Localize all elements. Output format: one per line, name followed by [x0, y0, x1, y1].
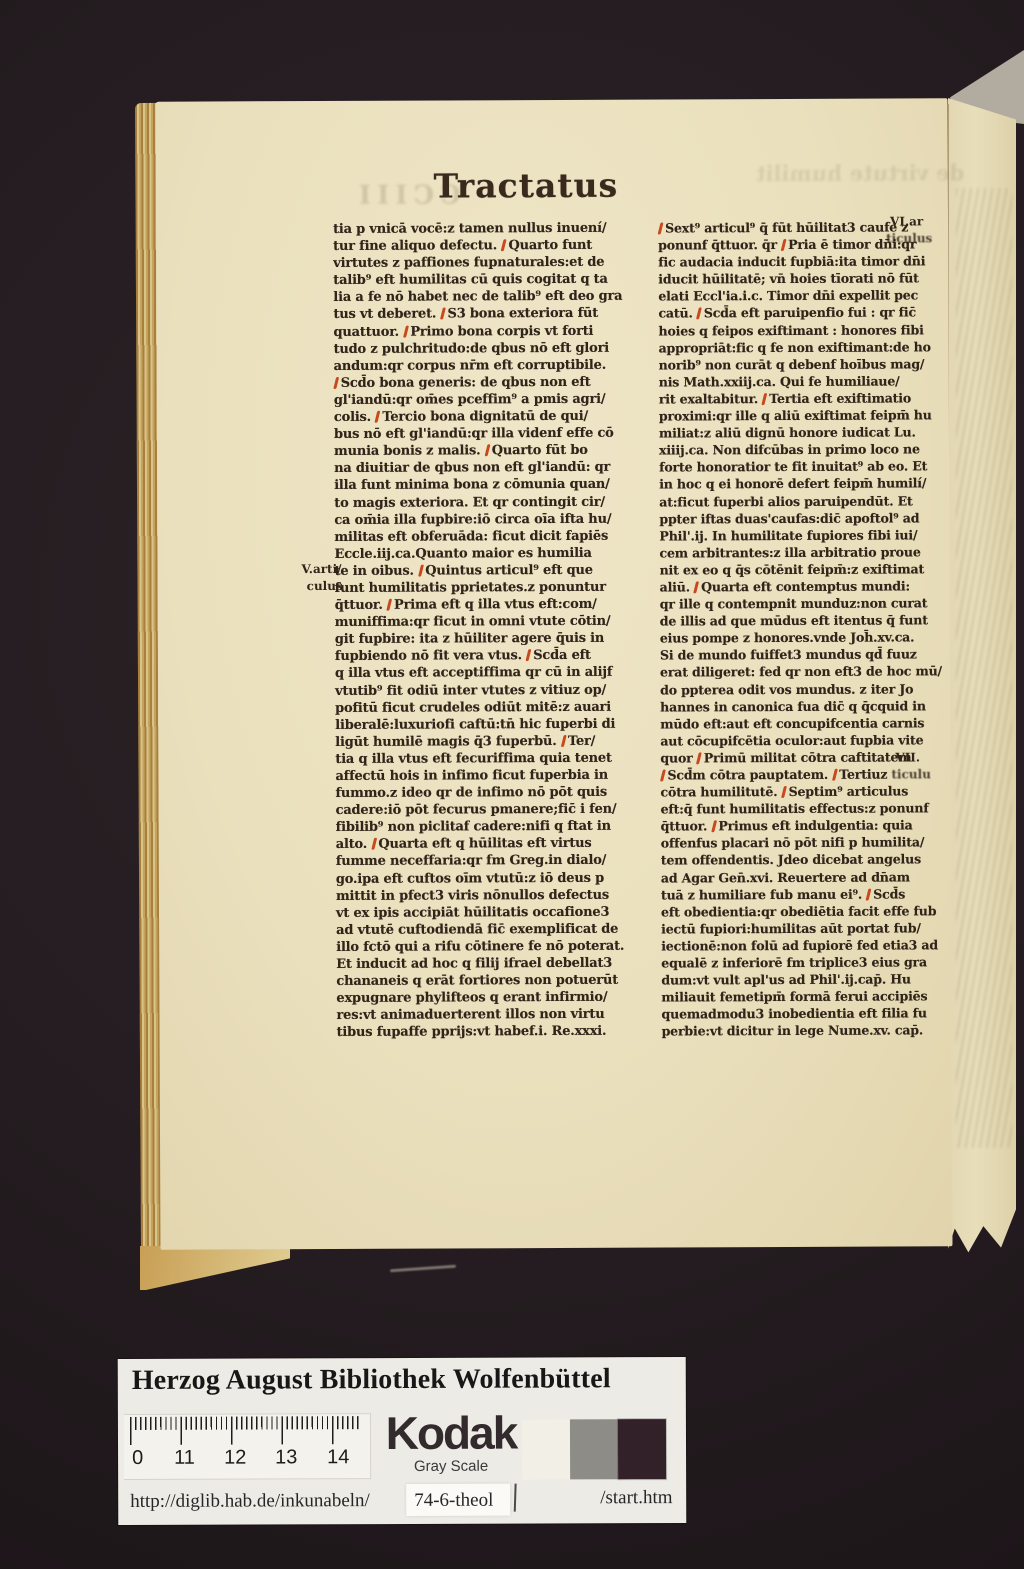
text-line: q̄ttuor. Primus eft indulgentia: quia	[661, 817, 953, 835]
text-line: offenfus placari nō pōt nifi p humilita/	[661, 834, 953, 852]
text-line: quattuor. Primo bona corpis vt forti	[333, 322, 659, 341]
rubrication-mark	[781, 786, 787, 798]
text-line: perbie:vt dicitur in lege Nume.xv. cap̄.	[662, 1022, 954, 1040]
gray-scale-patch-black	[618, 1419, 666, 1479]
text-line: mūdo eft:aut eft concupifcentia carnis	[660, 714, 952, 732]
text-line: erat diligeret: fed qr non eft3 de hoc m…	[660, 663, 952, 681]
text-line: go.ipa eft cuftos oīm vtutū:z iō deus p	[336, 869, 662, 888]
text-line: fumme neceffaria:qr fm Greg.in dialo/	[336, 852, 662, 871]
text-line: tia q illa vtus eft fecuriffima quia ten…	[335, 749, 661, 768]
rubrication-mark	[484, 444, 490, 456]
text-line: ad vtutē cuftodiendā fic̄ exemplificat d…	[336, 920, 662, 939]
library-name: Herzog August Bibliothek Wolfenbüttel	[132, 1363, 677, 1397]
text-line: cem arbitrantes:z illa arbitratio proue	[659, 543, 951, 561]
library-reference-card: Herzog August Bibliothek Wolfenbüttel 01…	[118, 1357, 687, 1525]
text-line: nit ex eo q q̄s cōtēnit feipm̄:z exiftim…	[660, 560, 952, 578]
text-line: colis. Tercio bona dignitatū de qui/	[334, 408, 660, 427]
text-line: quemadmodu3 inobedientia eft filia fu	[661, 1005, 953, 1023]
text-line: do ppterea odit vos mundus. z iter Jo	[660, 680, 952, 698]
text-line: in hoc q ei honorē defert feipm̄ humilí/	[659, 475, 951, 493]
text-line: fic audacia inducit fupbiā:ita timor dn̄…	[658, 252, 950, 270]
text-line: affectū hois in infimo ficut fuperbia in	[335, 767, 661, 786]
digitization-url: http://diglib.hab.de/inkunabeln/	[130, 1490, 370, 1513]
book-page: CCIII de virtute humilit Tractatus tia p…	[155, 98, 952, 1249]
text-line: rit exaltabitur. Tertia eft exiftimatio	[659, 389, 951, 407]
ruler-number: 14	[327, 1446, 349, 1469]
text-line: forte honoratior te fit inuitat⁹ ab eo. …	[659, 458, 951, 476]
text-line: q illa vtus eft acceptiffima qr cū in al…	[335, 664, 661, 683]
text-line: ligūt humilē magis q̄3 fuperbū. Ter/	[335, 732, 661, 751]
book-block-edge-bottom	[140, 1246, 290, 1290]
rubrication-mark	[560, 735, 566, 747]
text-line: dum:vt vult apl'us ad Phil'.ij.cap̄. Hu	[661, 970, 953, 988]
text-line: Si de mundo fuiffet3 mundus qd̄ fuuz	[660, 646, 952, 664]
text-line: q̄ttuor. Prima eft q illa vtus eft:com/	[335, 596, 661, 615]
text-line: Scd̄o bona generis: de qbus non eft	[334, 373, 660, 392]
text-line: tibus fupaffe pprijs:vt habef.i. Re.xxxi…	[337, 1023, 663, 1042]
text-line: appropriāt:fic q fe non exiftimant:de ho	[659, 338, 951, 356]
photograph-of-incunable: CCIII de virtute humilit Tractatus tia p…	[0, 0, 1024, 1569]
text-line: catū. Scd̄a eft paruipenfio fui : qr fic…	[658, 304, 950, 322]
text-line: hannes in canonica fua dic̄ q q̄cquid in	[660, 697, 952, 715]
text-line: tur fine aliquo defectu. Quarto funt	[333, 237, 659, 256]
text-line: Et inducit ad hoc q filij ifrael debella…	[336, 955, 662, 974]
text-line: munia bonis z malis. Quarto fūt bo	[334, 442, 660, 461]
text-line: qr ille q contempnit munduz:non curat	[660, 594, 952, 612]
ruler-cm-ticks	[130, 1416, 362, 1445]
text-line: git fupbire: ita z hūiliter agere q̄uis …	[335, 630, 661, 649]
margin-note-articulus-v: V.arti/	[302, 562, 342, 576]
text-column-left: tia p vnicā vocē:z tamen nullus inuení/t…	[333, 220, 663, 1042]
text-line: talib⁹ eft humilitas cū quis cogitat q t…	[333, 271, 659, 290]
text-line: tem offendentis. Jdeo dicebat angelus	[661, 851, 953, 869]
text-column-right: Sext⁹ articul⁹ q̄ fūt hūilitat3 caufe zp…	[658, 218, 954, 1040]
text-line: alto. Quarta eft q hūilitas eft virtus	[336, 835, 662, 854]
text-line: cadere:iō pōt fecurus pmanere;fic̄ i fen…	[336, 801, 662, 820]
text-line: at:ficut fuperbi alios paruipendūt. Et	[659, 492, 951, 510]
rubrication-mark	[333, 377, 339, 389]
text-line: liberalē:luxuriofi caftū:tn̄ hic fuperbi…	[335, 715, 661, 734]
text-line: Phil'.ij. In humilitate fupiores fibi iu…	[659, 526, 951, 544]
text-line: miliat:z aliū dignū honore iudicat Lu.	[659, 423, 951, 441]
shelfmark: 74-6-theol	[414, 1490, 493, 1512]
text-line: nis Math.xxiij.ca. Qui fe humiliaue/	[659, 372, 951, 390]
rubrication-mark	[660, 770, 666, 782]
rubrication-mark	[387, 599, 393, 611]
text-line: tudo z pulchritudo:de qbus nō eft glori	[334, 339, 660, 358]
text-line: iectionē:non folū ad fupiorē fed etia3 a…	[661, 936, 953, 954]
start-page-path: /start.htm	[600, 1487, 672, 1509]
rubrication-mark	[501, 239, 507, 251]
text-line: tia p vnicā vocē:z tamen nullus inuení/	[333, 220, 659, 239]
text-line: aut cōcupifcētia oculor:aut fupbia vite	[660, 731, 952, 749]
showthrough-text-blur	[956, 188, 1012, 1148]
text-line: aliū. Quarta eft contemptus mundi:	[660, 577, 952, 595]
text-line: fibilib⁹ non piclitaf cadere:nifi q ftat…	[336, 818, 662, 837]
text-line: cōtra humilitutē. Septim⁹ articulus	[660, 782, 952, 800]
text-line: proximi:qr ille q aliū exiftimat feipm̄ …	[659, 406, 951, 424]
text-line: iducit hūilitatē; vn̄ hoies tīorati nō f…	[658, 270, 950, 288]
ruler-number: 0	[132, 1447, 143, 1470]
fore-edge-pages-right	[948, 98, 1016, 1293]
text-line: militas eft obferuāda: ficut dicit fapiē…	[334, 527, 660, 546]
gray-scale-patch-white	[522, 1419, 570, 1479]
text-line: bus nō eft gl'iandū:qr illa videnf effe …	[334, 425, 660, 444]
text-line: norib⁹ non curāt q debenf hoībus mag/	[659, 355, 951, 373]
text-line: vtutib⁹ fit odiū inter vtutes z vitiuz o…	[335, 681, 661, 700]
text-line: xiiij.ca. Non difcūbas in primo loco ne	[659, 440, 951, 458]
text-line: res:vt animaduerterent illos non virtu	[336, 1006, 662, 1025]
text-line: na diuitiar de qbus non eft gl'iandū: qr	[334, 459, 660, 478]
text-line: illo fctō qui a rifu cōtinere fe nō pote…	[336, 937, 662, 956]
text-line: fummo.z ideo qr de infimo nō pōt quis	[335, 784, 661, 803]
margin-note-articulus-vii: VII.	[895, 750, 920, 764]
text-line: virtutes z paffiones fupnaturales:et de	[333, 254, 659, 273]
text-line: to magis exteriora. Et qr contingit cir/	[334, 493, 660, 512]
running-title: Tractatus	[156, 165, 896, 207]
margin-note-articulus-vi-2: ticulus	[886, 231, 932, 245]
rubrication-mark	[832, 769, 838, 781]
text-line: muniffima:qr ficut in omni vtute cōtin/	[335, 613, 661, 632]
text-line: ad Agar Gen̄.xvi. Reuertere ad dn̄am	[661, 868, 953, 886]
gray-scale-label: Gray Scale	[381, 1458, 521, 1475]
text-line: gl'iandū:qr om̄es pceffim⁹ a pmis agri/	[334, 390, 660, 409]
text-line: expugnare phylifteos q erant infirmio/	[336, 989, 662, 1008]
text-line: iectū fupiori:humilitas aūt portat fub/	[661, 919, 953, 937]
text-line: Eccle.iij.ca.Quanto maior es humilia	[334, 544, 660, 563]
text-line: elati Eccl'ia.i.c. Timor dn̄i expellit p…	[658, 287, 950, 305]
text-line: hoies q feipos exiftimant : honores fibi	[658, 321, 950, 339]
text-line: de illis ad que mūdus eft itentus q̄ fun…	[660, 611, 952, 629]
rubrication-mark	[375, 411, 381, 423]
margin-note-articulus-vii-2: ticulu	[891, 767, 930, 781]
text-line: fupbiendo nō fit vera vtus. Scd̄a eft	[335, 647, 661, 666]
ruler-numbers: 011121314	[124, 1446, 370, 1473]
rubrication-mark	[696, 752, 702, 764]
ruler-number: 13	[275, 1446, 297, 1469]
text-line: pofitū ficut crudeles odiūt mitē:z auari	[335, 698, 661, 717]
rubrication-mark	[403, 325, 409, 337]
ruler-number: 11	[174, 1447, 195, 1470]
text-line: miliauit femetipm̄ formā ferui accipiēs	[661, 987, 953, 1005]
text-line: ppter iftas duas'caufas:dic̄ apoftol⁹ ad	[659, 509, 951, 527]
rubrication-mark	[418, 564, 424, 576]
text-line: vt ex ipis accipiāt hūilitatis occafione…	[336, 903, 662, 922]
text-line: andum:qr corpus nr̄m eft corruptibile.	[334, 356, 660, 375]
text-line: eft obedientia:qr obediētia facit effe f…	[661, 902, 953, 920]
background-scratch	[390, 1265, 456, 1273]
rubrication-mark	[658, 223, 664, 235]
cm-ruler: 011121314	[124, 1413, 371, 1480]
text-line: chananeis q erāt fortiores non potuerūt	[336, 972, 662, 991]
rubrication-mark	[866, 888, 872, 900]
text-line: tus vt deberet. S3 bona exteriora fūt	[333, 305, 659, 324]
rubrication-mark	[711, 821, 717, 833]
text-line: lia a fe nō habet nec de talib⁹ eft deo …	[333, 288, 659, 307]
rubrication-mark	[694, 581, 700, 593]
shelfmark-divider	[514, 1484, 517, 1512]
rubrication-mark	[762, 393, 768, 405]
kodak-logo: Kodak	[381, 1406, 521, 1460]
gray-scale-patch-gray	[570, 1419, 618, 1479]
text-line: equalē z inferiorē fm triplice3 eius gra	[661, 953, 953, 971]
text-line: te in oibus. Quintus articul⁹ eft que	[335, 561, 661, 580]
text-line: eius pompe z honores.vnde Joh̄.xv.ca.	[660, 629, 952, 647]
text-line: mittit in pfect3 viris nōnullos defectus	[336, 886, 662, 905]
rubrication-mark	[440, 308, 446, 320]
margin-note-articulus-vi: VI.ar	[890, 214, 923, 228]
margin-note-articulus-v-2: culus	[307, 579, 343, 593]
text-line: tuā z humiliare fub manu ei⁹. Scd̄s	[661, 885, 953, 903]
rubrication-mark	[371, 838, 377, 850]
text-line: eft:q̄ funt humilitatis effectus:z ponun…	[661, 799, 953, 817]
ruler-number: 12	[224, 1447, 246, 1470]
rubrication-mark	[526, 649, 532, 661]
text-line: funt humilitatis pprietates.z ponuntur	[335, 579, 661, 598]
rubrication-mark	[696, 308, 702, 320]
text-line: ca om̄ia illa fupbire:iō circa oīa ifta …	[334, 510, 660, 529]
rubrication-mark	[781, 239, 787, 251]
text-line: illa funt minima bona z cōmunia quan/	[334, 476, 660, 495]
